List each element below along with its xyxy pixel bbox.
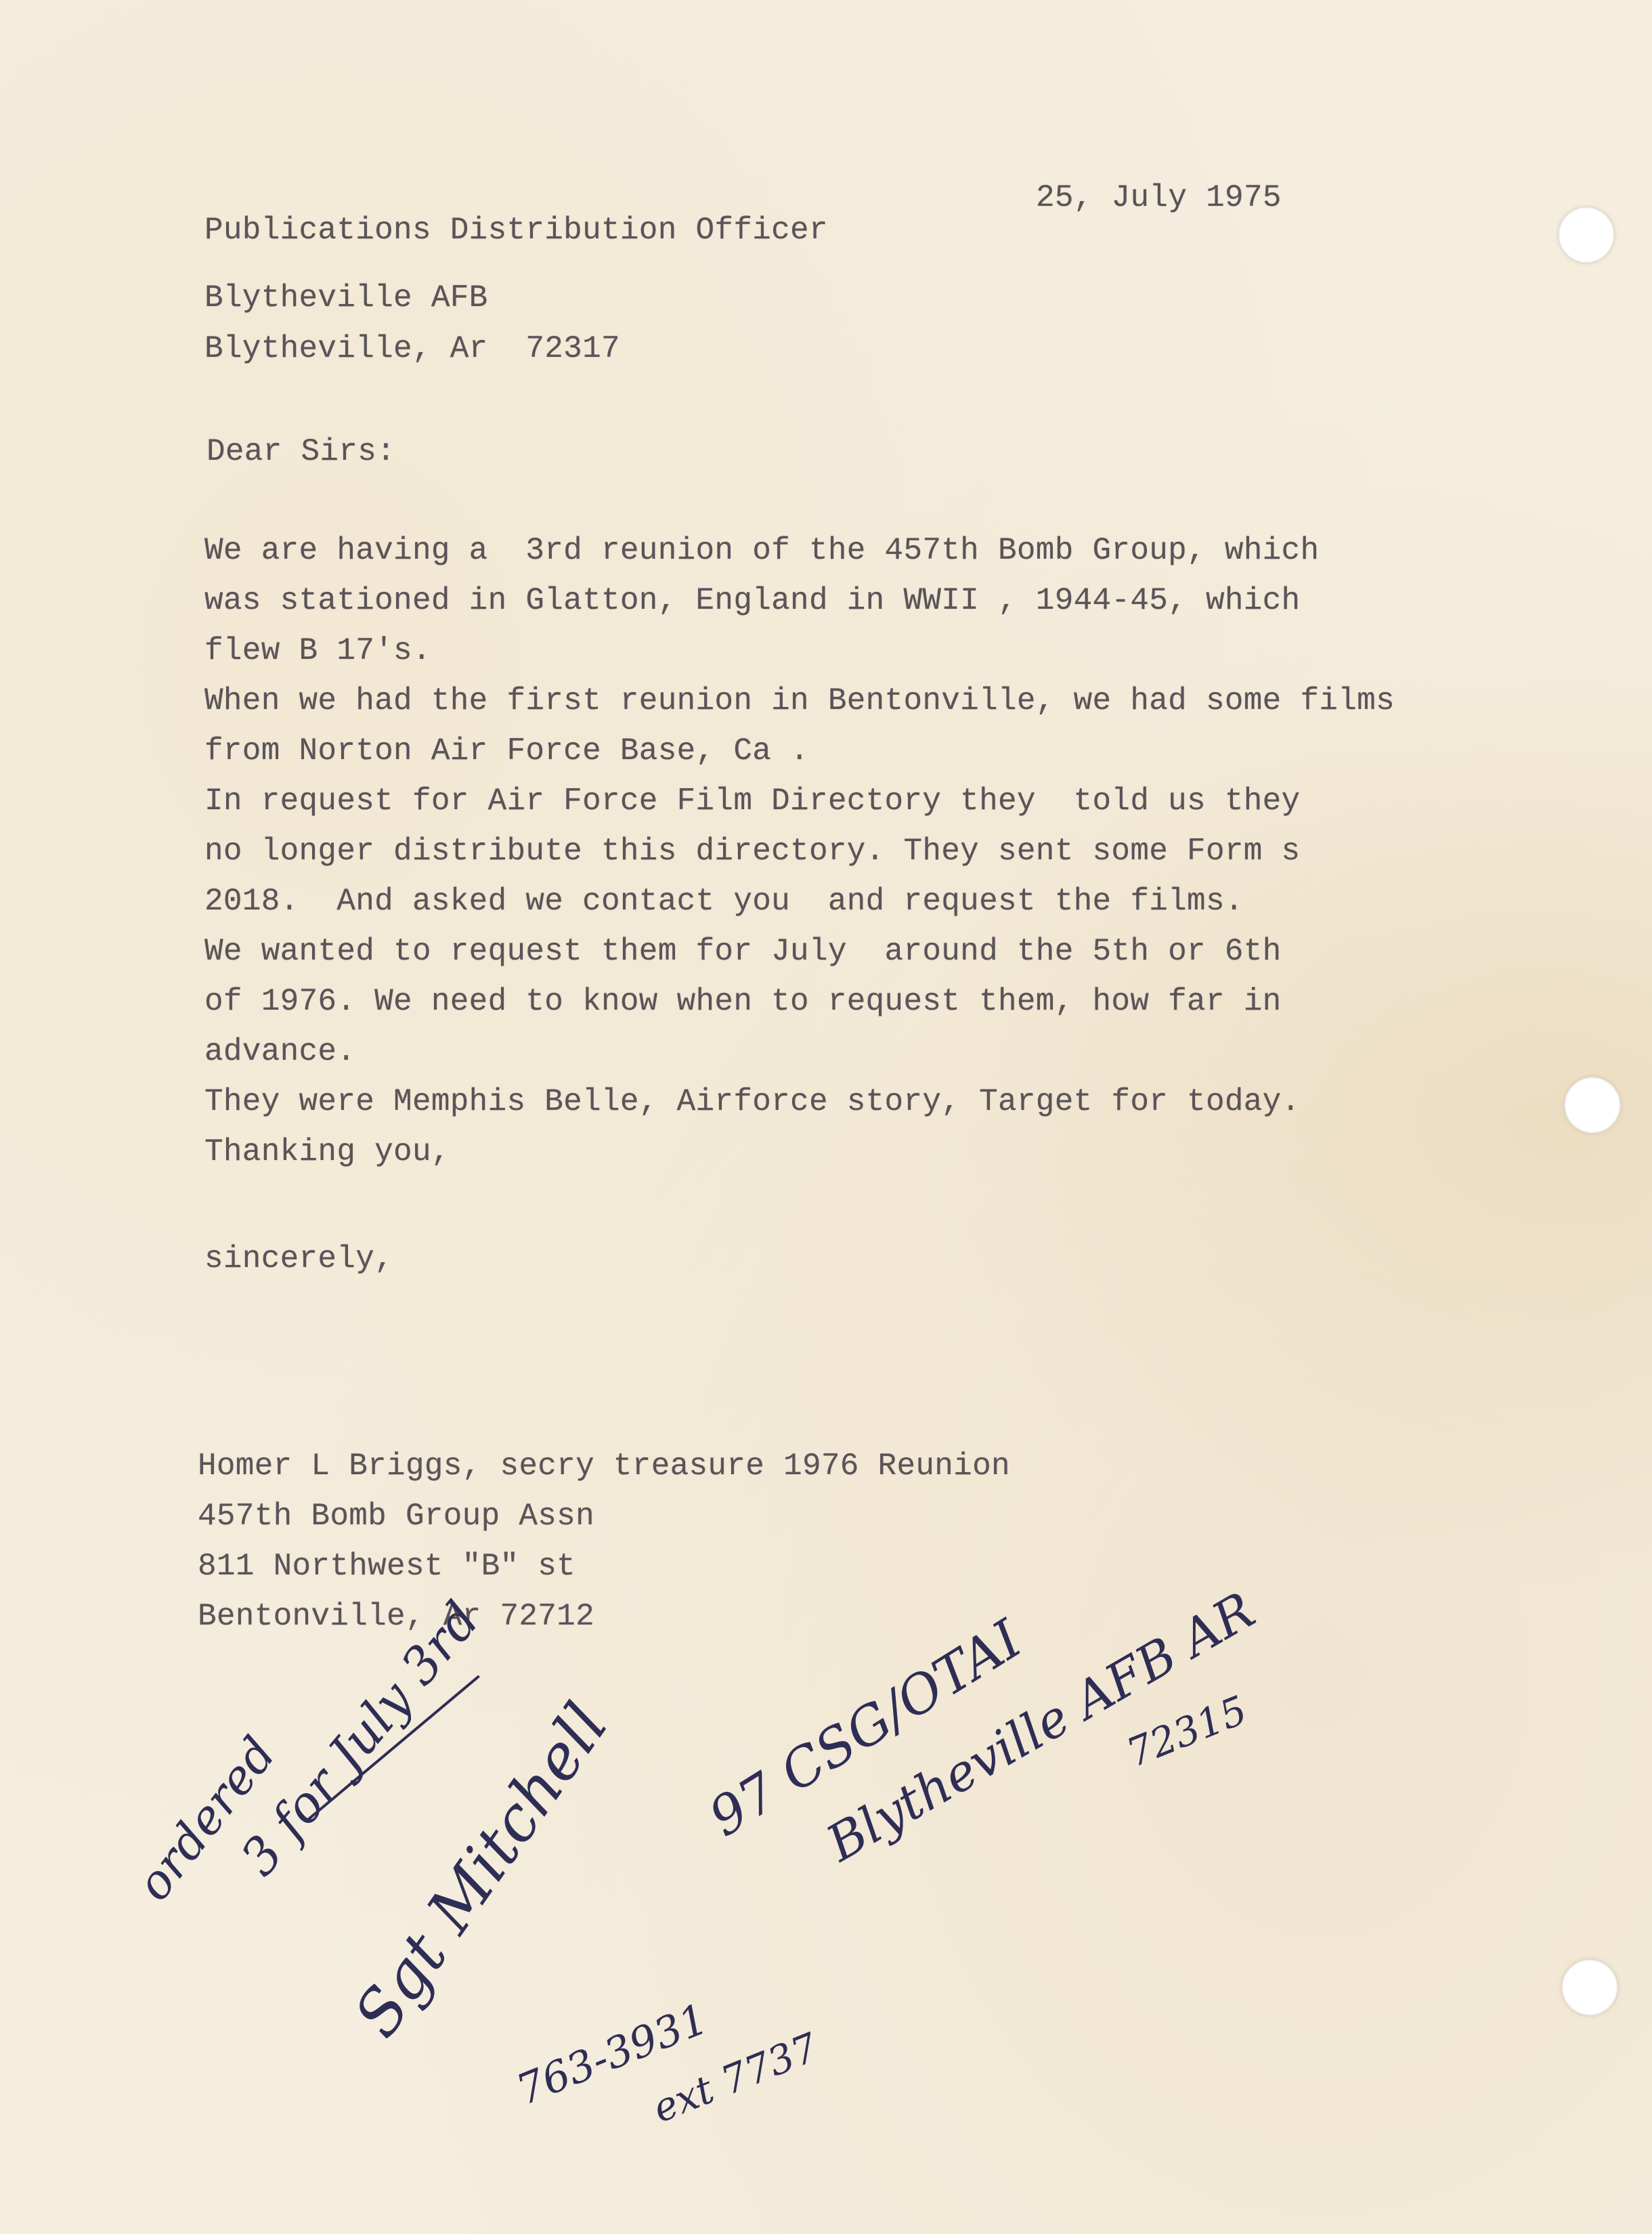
- letter-page: 25, July 1975 Publications Distribution …: [0, 0, 1652, 2234]
- body-line: was stationed in Glatton, England in WWI…: [204, 576, 1300, 626]
- body-line: of 1976. We need to know when to request…: [204, 976, 1282, 1027]
- body-line: In request for Air Force Film Directory …: [204, 776, 1300, 826]
- signature-organization: 457th Bomb Group Assn: [198, 1491, 594, 1541]
- body-line: no longer distribute this directory. The…: [204, 826, 1300, 876]
- recipient-city-state-zip: Blytheville, Ar 72317: [204, 324, 620, 374]
- punch-hole-middle: [1564, 1077, 1621, 1134]
- salutation: Dear Sirs:: [206, 427, 395, 477]
- body-line: Thanking you,: [204, 1127, 450, 1177]
- signature-name-line: Homer L Briggs, secry treasure 1976 Reun…: [198, 1441, 1010, 1491]
- body-line: from Norton Air Force Base, Ca .: [204, 726, 809, 776]
- body-line: 2018. And asked we contact you and reque…: [204, 876, 1244, 926]
- signature-street: 811 Northwest "B" st: [198, 1541, 575, 1591]
- closing: sincerely,: [204, 1234, 393, 1284]
- body-line: They were Memphis Belle, Airforce story,…: [204, 1077, 1300, 1127]
- body-line: We are having a 3rd reunion of the 457th…: [204, 525, 1319, 576]
- body-line: We wanted to request them for July aroun…: [204, 926, 1282, 976]
- recipient-organization: Blytheville AFB: [204, 273, 488, 323]
- body-line: advance.: [204, 1027, 355, 1077]
- punch-hole-bottom: [1561, 1959, 1618, 2016]
- punch-hole-top: [1558, 207, 1615, 263]
- recipient-title: Publications Distribution Officer: [204, 205, 828, 255]
- letter-date: 25, July 1975: [1036, 173, 1282, 223]
- signature-city-state-zip: Bentonville, Ar 72712: [198, 1591, 594, 1641]
- body-line: When we had the first reunion in Bentonv…: [204, 676, 1395, 726]
- body-line: flew B 17's.: [204, 626, 431, 676]
